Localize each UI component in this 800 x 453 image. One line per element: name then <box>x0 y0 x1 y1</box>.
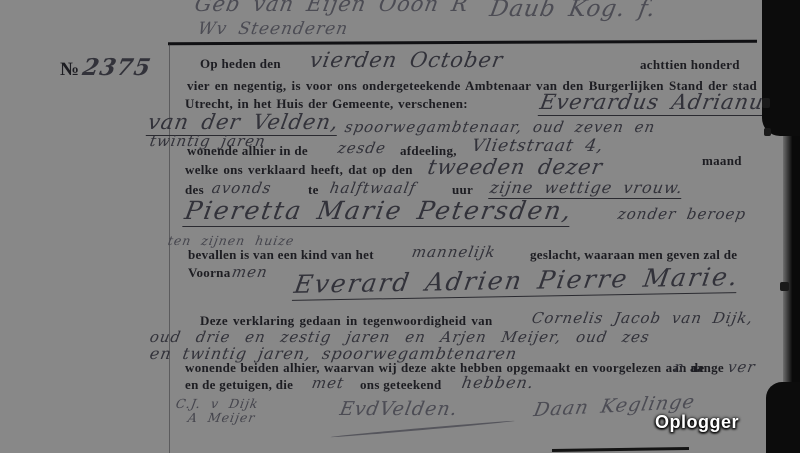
signed-script-hebben: hebben. <box>460 373 535 392</box>
mother-name-script: Pieretta Marie Petersden, <box>182 196 575 227</box>
declarer-script-ver: ver <box>726 358 757 376</box>
act-number-value: 2375 <box>81 54 154 81</box>
year-printed: achttien honderd <box>640 57 740 73</box>
child-sex-script: mannelijk <box>410 243 497 261</box>
next-act-rule <box>552 447 689 451</box>
hour-script: halftwaalf <box>328 179 417 197</box>
signed-printed-2: ons geteekend <box>360 377 442 393</box>
child-born-printed: bevallen is van een kind van het <box>188 247 374 263</box>
deed-read-printed: wonende beiden alhier, waarvan wij deze … <box>185 360 704 376</box>
declarant-signature-flourish <box>330 420 514 438</box>
top-divider-rule <box>168 40 757 46</box>
child-names-script: Everard Adrien Pierre Marie. <box>292 262 741 301</box>
declarant-signature: EvdVelden. <box>338 398 460 420</box>
residence-printed: wonende alhier in de <box>187 143 308 159</box>
child-names-intro-printed: geslacht, waaraan men geven zal de <box>530 247 737 263</box>
oplogger-watermark: Oplogger <box>655 412 739 433</box>
at-his-home-script: ten zijnen huize <box>167 233 296 248</box>
act-number: № 2375 <box>60 54 151 81</box>
previous-act-script-right: Daub Kog. f. <box>488 0 658 22</box>
declarant-occupation-age-script: spoorwegambtenaar, oud zeven en <box>343 118 656 136</box>
previous-act-script-2: Wv Steenderen <box>196 19 350 39</box>
declaration-printed: welke ons verklaard heeft, dat op den <box>185 162 413 178</box>
witness1-signature: C.J. v Dijk <box>175 396 260 411</box>
date-script: vierden October <box>308 48 505 72</box>
declarant-firstnames-script: Everardus Adrianus <box>538 90 778 116</box>
district-script: zesde <box>336 139 387 157</box>
time-of-day-script: avonds <box>210 179 273 197</box>
street-script: Vlietstraat 4, <box>470 136 605 156</box>
scanned-birth-record: Geb van Eijen Ooon R Daub Kog. f. Wv Ste… <box>0 0 800 453</box>
mother-occupation-script: zonder beroep <box>616 205 747 223</box>
signed-script-met: met <box>310 374 345 392</box>
signed-printed-1: en de getuigen, die <box>185 377 293 393</box>
scan-speck <box>764 128 771 136</box>
scan-border-top-right <box>762 0 800 136</box>
margin-rule <box>169 44 170 453</box>
witness2-signature: A Meijer <box>187 410 257 425</box>
line-opening: Op heden den <box>200 56 281 72</box>
firstnames-label-printed: Voorna <box>188 265 231 281</box>
previous-act-script-1: Geb van Eijen Ooon R <box>193 0 471 16</box>
scan-speck <box>780 282 789 291</box>
act-number-sign: № <box>60 59 79 80</box>
scan-border-bottom-right <box>766 382 800 453</box>
firstnames-label-script: men <box>230 263 269 281</box>
declarer-printed: aange <box>690 360 724 376</box>
witnesses-intro-printed: Deze verklaring gedaan in tegenwoordighe… <box>200 313 492 329</box>
scan-speck <box>762 98 770 108</box>
month-printed: maand <box>702 153 742 169</box>
witness1-name-script: Cornelis Jacob van Dijk, <box>530 309 754 327</box>
birthday-script: tweeden dezer <box>426 155 605 179</box>
